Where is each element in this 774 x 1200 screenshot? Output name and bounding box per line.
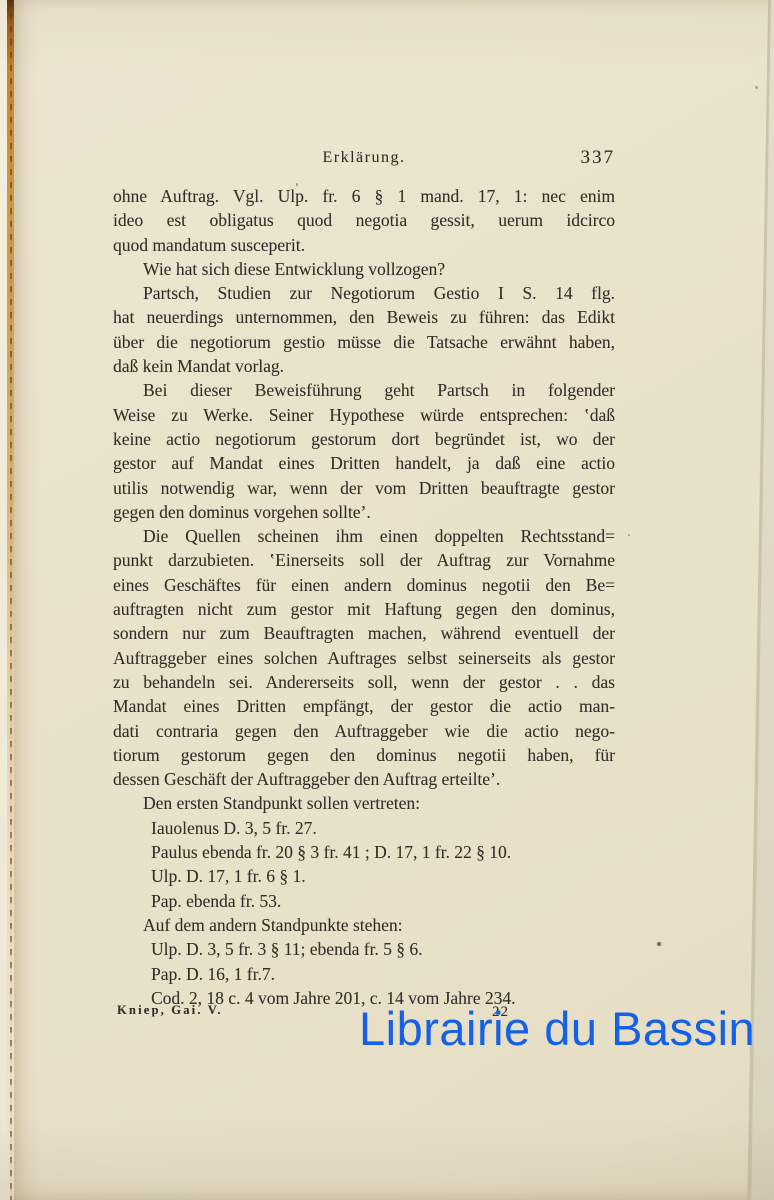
text-line: quod mandatum susceperit. — [113, 233, 615, 257]
running-title: Erklärung. — [113, 149, 615, 167]
text-line: utilis notwendig war, wenn der vom Dritt… — [113, 476, 615, 500]
text-line: Ulp. D. 17, 1 fr. 6 § 1. — [113, 864, 615, 888]
text-line: daß kein Mandat vorlag. — [113, 354, 615, 378]
text-line: sondern nur zum Beauftragten machen, wäh… — [113, 621, 615, 645]
text-line: Auftraggeber eines solchen Auftrages sel… — [113, 646, 615, 670]
text-line: hat neuerdings unternommen, den Beweis z… — [113, 305, 615, 329]
bookseller-watermark: Librairie du Bassin — [359, 1001, 755, 1056]
page-number: 337 — [581, 147, 616, 169]
paper-speck — [755, 86, 758, 89]
text-line: dessen Geschäft der Auftraggeber den Auf… — [113, 767, 615, 791]
book-page-photo: Erklärung. 337 ohne Auftrag. Vgl. Ulp. f… — [0, 0, 774, 1200]
text-line: Die Quellen scheinen ihm einen doppelten… — [113, 524, 615, 548]
text-line: Wie hat sich diese Entwicklung vollzogen… — [113, 257, 615, 281]
text-line: Mandat eines Dritten empfängt, der gesto… — [113, 694, 615, 718]
text-line: Auf dem andern Standpunkte stehen: — [113, 913, 615, 937]
author-signature: Kniep, Gai. V. — [117, 1003, 223, 1018]
text-line: Iauolenus D. 3, 5 fr. 27. — [113, 816, 615, 840]
text-line: ideo est obligatus quod negotia gessit, … — [113, 208, 615, 232]
text-line: dati contraria gegen den Auftraggeber wi… — [113, 719, 615, 743]
paper-speck — [628, 534, 630, 536]
text-line: Pap. ebenda fr. 53. — [113, 889, 615, 913]
text-line: Den ersten Standpunkt sollen vertreten: — [113, 791, 615, 815]
text-line: gegen den dominus vorgehen sollte’. — [113, 500, 615, 524]
text-line: keine actio negotiorum gestorum dort beg… — [113, 427, 615, 451]
text-line: punkt darzubieten. ʽEinerseits soll der … — [113, 548, 615, 572]
text-line: Bei dieser Beweisführung geht Partsch in… — [113, 378, 615, 402]
paper-speck — [657, 942, 661, 946]
paper-speck — [296, 183, 298, 186]
text-line: gestor auf Mandat eines Dritten handelt,… — [113, 451, 615, 475]
page-header: Erklärung. 337 — [113, 147, 615, 173]
text-line: auftragten nicht zum gestor mit Haftung … — [113, 597, 615, 621]
text-line: ohne Auftrag. Vgl. Ulp. fr. 6 § 1 mand. … — [113, 184, 615, 208]
text-line: Paulus ebenda fr. 20 § 3 fr. 41 ; D. 17,… — [113, 840, 615, 864]
text-line: zu behandeln sei. Andererseits soll, wen… — [113, 670, 615, 694]
text-line: Ulp. D. 3, 5 fr. 3 § 11; ebenda fr. 5 § … — [113, 937, 615, 961]
text-line: Pap. D. 16, 1 fr.7. — [113, 962, 615, 986]
text-line: eines Geschäftes für einen andern dominu… — [113, 573, 615, 597]
text-block: ohne Auftrag. Vgl. Ulp. fr. 6 § 1 mand. … — [113, 184, 615, 1010]
text-line: Partsch, Studien zur Negotiorum Gestio I… — [113, 281, 615, 305]
text-line: über die negotiorum gestio müsse die Tat… — [113, 330, 615, 354]
text-line: Weise zu Werke. Seiner Hypothese würde e… — [113, 403, 615, 427]
text-line: tiorum gestorum gegen den dominus negoti… — [113, 743, 615, 767]
